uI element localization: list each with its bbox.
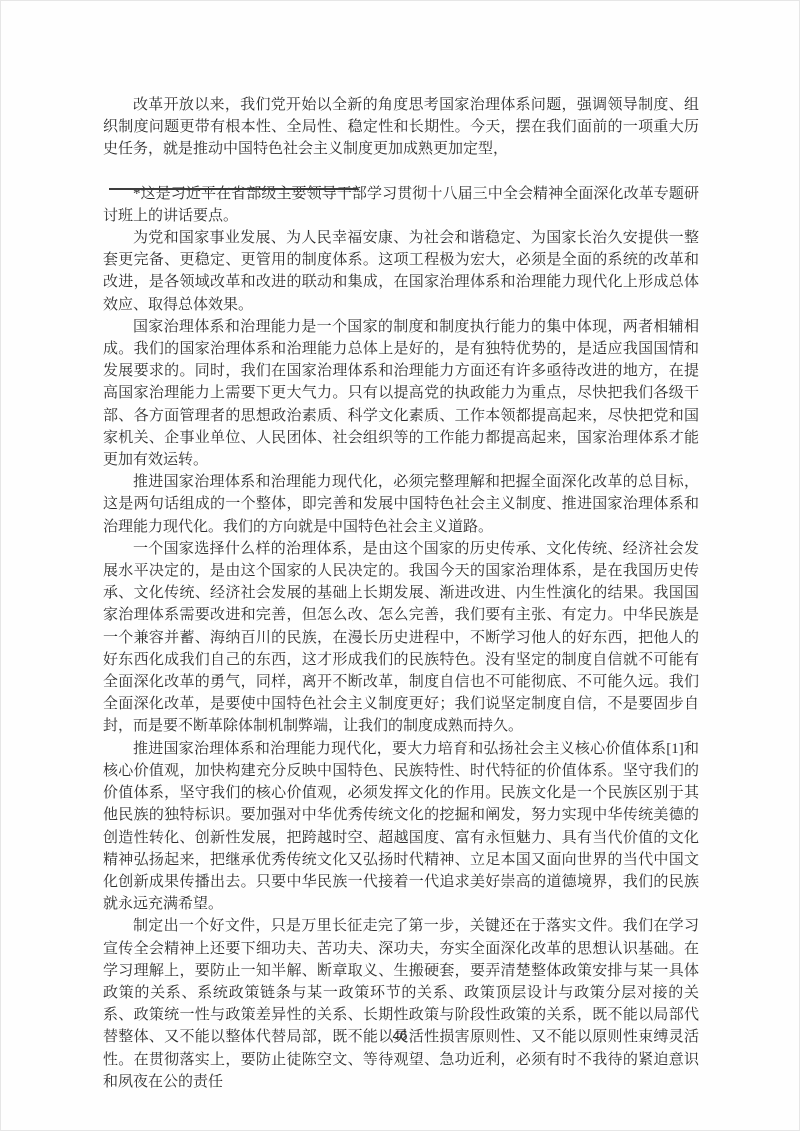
paragraph-intro: 改革开放以来，我们党开始以全新的角度思考国家治理体系问题，强调领导制度、组织制度…	[103, 94, 699, 161]
paragraph-body-5: 推进国家治理体系和治理能力现代化，要大力培育和弘扬社会主义核心价值体系[1]和核…	[103, 738, 699, 916]
document-content: 改革开放以来，我们党开始以全新的角度思考国家治理体系问题，强调领导制度、组织制度…	[103, 94, 699, 1093]
page-number: 46	[0, 1028, 800, 1043]
paragraph-body-1: 为党和国家事业发展、为人民幸福安康、为社会和谐稳定、为国家长治久安提供一整套更完…	[103, 227, 699, 316]
paragraph-body-2: 国家治理体系和治理能力是一个国家的制度和制度执行能力的集中体现，两者相辅相成。我…	[103, 316, 699, 471]
footnote-text: *这是习近平在省部级主要领导干部学习贯彻十八届三中全会精神全面深化改革专题研讨班…	[103, 183, 699, 227]
footnote: *这是习近平在省部级主要领导干部学习贯彻十八届三中全会精神全面深化改革专题研讨班…	[103, 183, 699, 227]
document-page: 改革开放以来，我们党开始以全新的角度思考国家治理体系问题，强调领导制度、组织制度…	[0, 0, 800, 1131]
paragraph-body-3: 推进国家治理体系和治理能力现代化，必须完整理解和把握全面深化改革的总目标，这是两…	[103, 471, 699, 538]
paragraph-body-6: 制定出一个好文件，只是万里长征走完了第一步，关键还在于落实文件。我们在学习宣传全…	[103, 915, 699, 1093]
paragraph-body-4: 一个国家选择什么样的治理体系，是由这个国家的历史传承、文化传统、经济社会发展水平…	[103, 538, 699, 738]
